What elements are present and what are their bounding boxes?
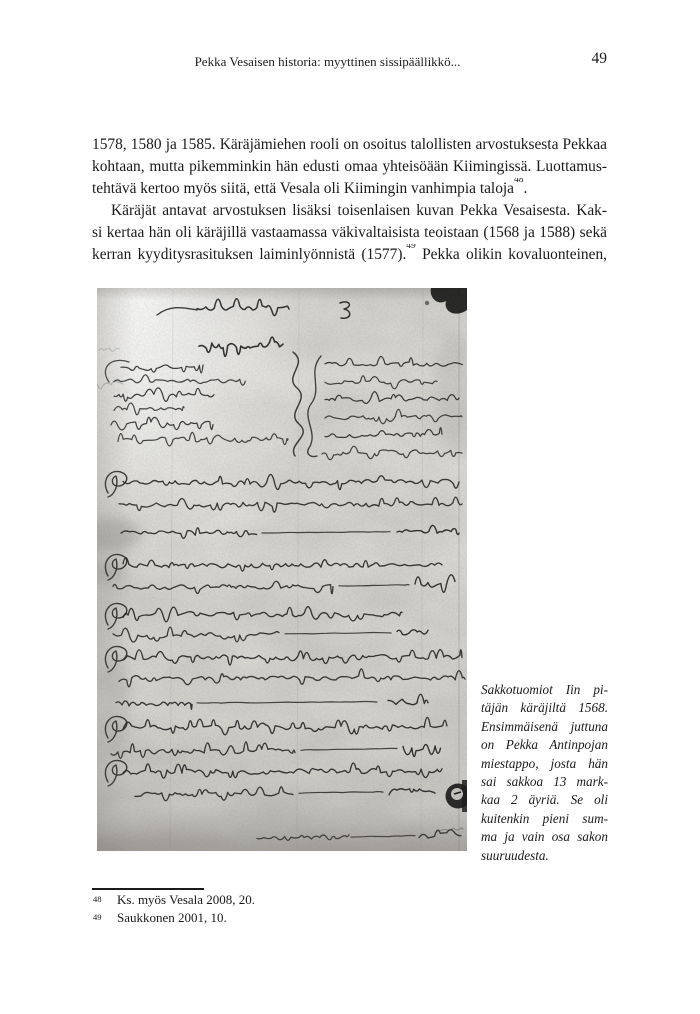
caption-line: on Pekka Antinpojan — [481, 736, 608, 754]
paragraph2-line3-text: kerran kyyditysrasituksen laiminlyönnist… — [92, 246, 406, 263]
page-number: 49 — [592, 50, 608, 68]
paragraph1-line3-text: tehtävä kertoo myös siitä, että Vesala o… — [92, 180, 514, 197]
caption-line: miestappo, josta hän — [481, 755, 608, 773]
paragraph1-line1: 1578, 1580 ja 1585. Käräjämiehen rooli o… — [92, 134, 607, 156]
footnote-text: Ks. myös Vesala 2008, 20. — [117, 892, 255, 907]
book-page: Pekka Vesaisen historia: myyttinen sissi… — [0, 0, 700, 1014]
caption-line: suuruudesta. — [481, 847, 608, 865]
body-text: 1578, 1580 ja 1585. Käräjämiehen rooli o… — [92, 134, 607, 266]
caption-line: sai sakkoa 13 mark- — [481, 773, 608, 791]
paragraph2-line2: si kertaa hän oli käräjillä vastaamassa … — [92, 222, 607, 244]
running-title: Pekka Vesaisen historia: myyttinen sissi… — [92, 54, 563, 70]
footnote-number: 48 — [93, 890, 102, 908]
paragraph1-line3: tehtävä kertoo myös siitä, että Vesala o… — [92, 178, 607, 200]
caption-line: ma ja vain osa sakon — [481, 828, 608, 846]
paragraph2-line3: kerran kyyditysrasituksen laiminlyönnist… — [92, 244, 607, 266]
paragraph1-line2: kohtaan, mutta pikemminkin hän edusti om… — [92, 156, 607, 178]
caption-line: kuitenkin pieni sum- — [481, 810, 608, 828]
photo-grain — [97, 288, 467, 851]
footnotes: 48Ks. myös Vesala 2008, 20. 49Saukkonen … — [92, 891, 607, 927]
caption-line: täjän käräjiltä 1568. — [481, 699, 608, 717]
footnote-ref-49: 49 — [406, 244, 416, 251]
caption-line: Sakkotuomiot Iin pi- — [481, 681, 608, 699]
paragraph1-tail: . — [524, 180, 528, 197]
footnote-49: 49Saukkonen 2001, 10. — [92, 909, 607, 927]
caption-line: Ensimmäisenä juttuna — [481, 718, 608, 736]
footnote-separator — [92, 888, 204, 890]
footnote-ref-48: 48 — [514, 178, 524, 185]
figure-caption: Sakkotuomiot Iin pi- täjän käräjiltä 156… — [481, 681, 608, 865]
manuscript-photo — [97, 288, 467, 851]
footnote-text: Saukkonen 2001, 10. — [117, 910, 227, 925]
paragraph2-line1: Käräjät antavat arvostuksen lisäksi tois… — [92, 200, 607, 222]
manuscript-figure — [97, 288, 467, 851]
footnote-48: 48Ks. myös Vesala 2008, 20. — [92, 891, 607, 909]
footnote-number: 49 — [93, 908, 102, 926]
caption-line: kaa 2 äyriä. Se oli — [481, 791, 608, 809]
